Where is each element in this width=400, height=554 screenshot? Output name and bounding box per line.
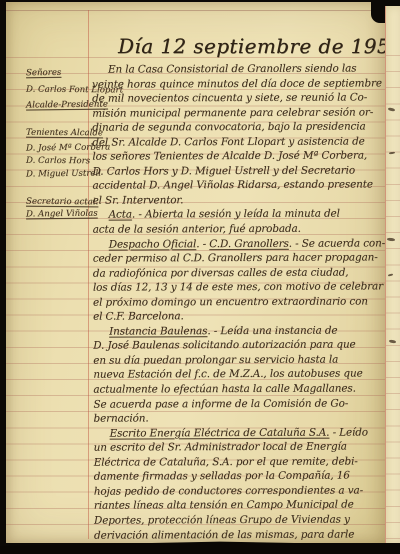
- margin-notes: SeñoresD. Carlos Font LlopartAlcalde-Pre…: [26, 2, 102, 543]
- body-line: accidental D. Angel Viñolas Ridarsa, est…: [92, 178, 384, 194]
- body-line: En la Casa Consistorial de Granollers si…: [92, 61, 384, 77]
- body-line: acta de la sesión anterior, fué aprobada…: [93, 221, 385, 237]
- body-line: hojas pedido de conductores correspondie…: [94, 483, 386, 499]
- body-line: Despacho Oficial. - C.D. Granollers. - S…: [93, 236, 385, 252]
- body-line: Acta. - Abierta la sesión y leída la min…: [93, 207, 385, 223]
- body-line: de mil novecientos cincuenta y siete, se…: [92, 90, 384, 106]
- body-line: actualmente lo efectúan hasta la calle M…: [93, 381, 385, 397]
- photo-corner-shadow: [371, 2, 385, 23]
- body-line: Se acuerda pase a informe de la Comisión…: [93, 396, 385, 412]
- body-line: Instancia Baulenas. - Leída una instanci…: [93, 323, 385, 339]
- margin-note: D. Miguel Ustrell: [26, 169, 101, 180]
- ledger-page: Día 12 septiembre de 1957 SeñoresD. Carl…: [6, 2, 385, 543]
- body-line: los días 12, 13 y 14 de este mes, con mo…: [93, 280, 385, 296]
- body-line: D. Carlos Hors y D. Miguel Ustrell y del…: [92, 163, 384, 179]
- body-line: riantes líneas alta tensión en Campo Mun…: [94, 498, 386, 514]
- body-text: En la Casa Consistorial de Granollers si…: [92, 61, 386, 542]
- body-line: derivación alimentación de las mismas, p…: [94, 527, 386, 543]
- body-line: el C.F. Barcelona.: [93, 309, 385, 325]
- body-line: D. José Baulenas solicitando autorizació…: [93, 338, 385, 354]
- body-line: el próximo domingo un encuentro extraord…: [93, 294, 385, 310]
- adjacent-page-edge: [385, 6, 400, 543]
- body-line: del Sr. Alcalde D. Carlos Font Llopart y…: [92, 134, 384, 150]
- body-line: en su día puedan prolongar su servicio h…: [93, 352, 385, 368]
- margin-note: Señores: [26, 68, 61, 78]
- body-line: ceder permiso al C.D. Granollers para ha…: [93, 250, 385, 266]
- page-title: Día 12 septiembre de 1957: [118, 34, 350, 58]
- body-line: veinte horas quince minutos del día doce…: [92, 76, 384, 92]
- body-line: misión municipal permanente para celebra…: [92, 105, 384, 121]
- body-line: damente firmadas y selladas por la Compa…: [94, 469, 386, 485]
- body-line: Eléctrica de Cataluña, S.A. por el que r…: [94, 454, 386, 470]
- body-line: nueva Estación del f.c. de M.Z.A., los a…: [93, 367, 385, 383]
- body-line: bernación.: [93, 410, 385, 426]
- body-line: Escrito Energía Eléctrica de Cataluña S.…: [94, 425, 386, 441]
- margin-note: D. Carlos Hors: [26, 156, 90, 167]
- body-line: Deportes, protección líneas Grupo de Viv…: [94, 512, 386, 528]
- body-line: da radiofónica por diversas calles de es…: [93, 265, 385, 281]
- body-line: los señores Tenientes de Alcalde D. José…: [92, 149, 384, 165]
- margin-note: Secretario actal.: [26, 197, 98, 208]
- body-line: el Sr. Interventor.: [93, 192, 385, 208]
- margin-note: D. Angel Viñolas: [26, 209, 98, 220]
- body-line: dinaria de segunda convocatoria, bajo la…: [92, 120, 384, 136]
- adjacent-page-ruled-lines: [386, 55, 400, 543]
- scanned-minutes-photo: Día 12 septiembre de 1957 SeñoresD. Carl…: [0, 0, 400, 554]
- body-line: un escrito del Sr. Administrador local d…: [94, 440, 386, 456]
